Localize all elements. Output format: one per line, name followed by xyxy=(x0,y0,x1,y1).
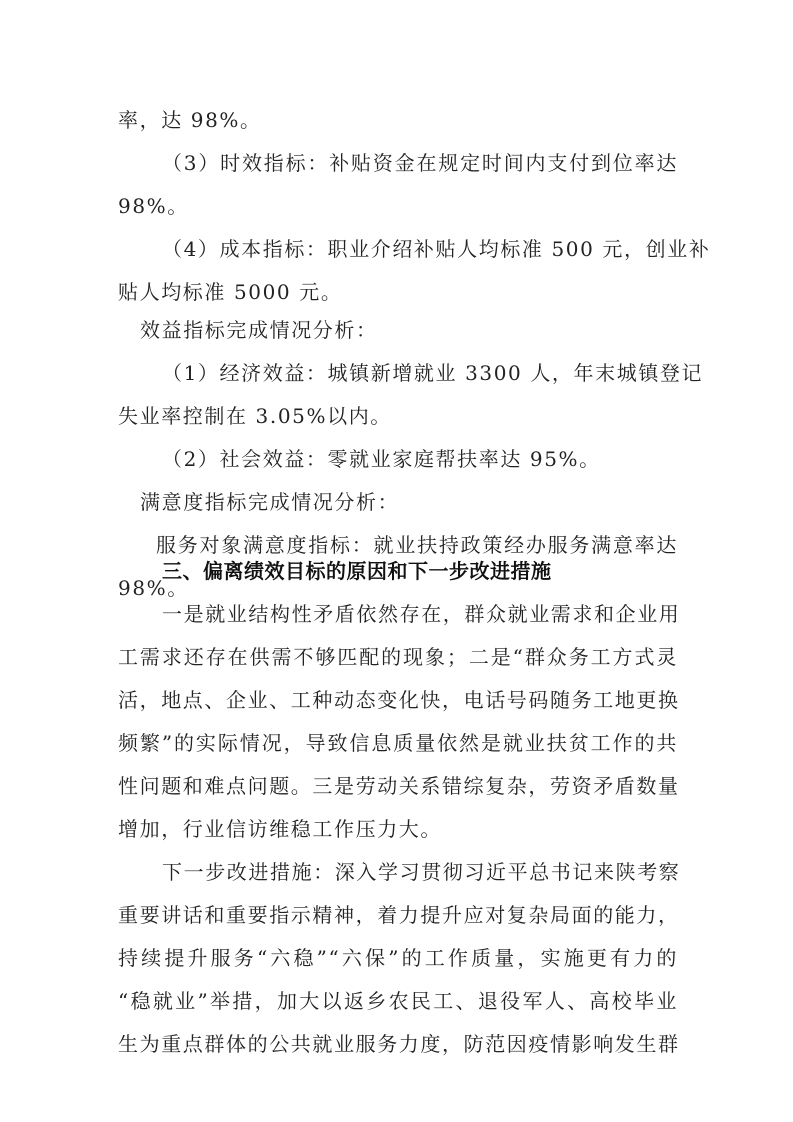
document-page: 率，达 98%。（3）时效指标：补贴资金在规定时间内支付到位率达98%。（4）成… xyxy=(0,0,793,1122)
paragraph-line: 生为重点群体的公共就业服务力度，防范因疫情影响发生群 xyxy=(118,1030,678,1058)
paragraph-line: 频繁”的实际情况，导致信息质量依然是就业扶贫工作的共 xyxy=(118,729,678,757)
text-line: 效益指标完成情况分析： xyxy=(140,316,678,344)
text-line: 满意度指标完成情况分析： xyxy=(140,488,678,516)
text-line: 率，达 98%。 xyxy=(118,106,678,134)
text-line: （1）经济效益：城镇新增就业 3300 人，年末城镇登记 xyxy=(162,359,678,387)
text-line: （2）社会效益：零就业家庭帮扶率达 95%。 xyxy=(162,445,678,473)
text-line: （4）成本指标：职业介绍补贴人均标准 500 元，创业补 xyxy=(162,235,678,263)
paragraph-line: 活，地点、企业、工种动态变化快，电话号码随务工地更换 xyxy=(118,686,678,714)
text-line: 失业率控制在 3.05%以内。 xyxy=(118,402,678,430)
section-heading: 三、偏离绩效目标的原因和下一步改进措施 xyxy=(162,557,722,585)
text-line: 98%。 xyxy=(118,192,678,220)
paragraph-line: 增加，行业信访维稳工作压力大。 xyxy=(118,815,678,843)
paragraph-line: 持续提升服务“六稳”“六保”的工作质量，实施更有力的 xyxy=(118,944,678,972)
paragraph-line: 重要讲话和重要指示精神，着力提升应对复杂局面的能力， xyxy=(118,901,678,929)
paragraph-line: 一是就业结构性矛盾依然存在，群众就业需求和企业用 xyxy=(162,600,678,628)
paragraph-line: 下一步改进措施：深入学习贯彻习近平总书记来陕考察 xyxy=(162,858,678,886)
text-line: （3）时效指标：补贴资金在规定时间内支付到位率达 xyxy=(162,149,678,177)
text-line: 服务对象满意度指标：就业扶持政策经办服务满意率达 xyxy=(156,531,678,559)
text-line: 贴人均标准 5000 元。 xyxy=(118,278,678,306)
paragraph-line: 工需求还存在供需不够匹配的现象；二是“群众务工方式灵 xyxy=(118,643,678,671)
paragraph-line: 性问题和难点问题。三是劳动关系错综复杂，劳资矛盾数量 xyxy=(118,772,678,800)
paragraph-line: “稳就业”举措，加大以返乡农民工、退役军人、高校毕业 xyxy=(118,987,678,1015)
